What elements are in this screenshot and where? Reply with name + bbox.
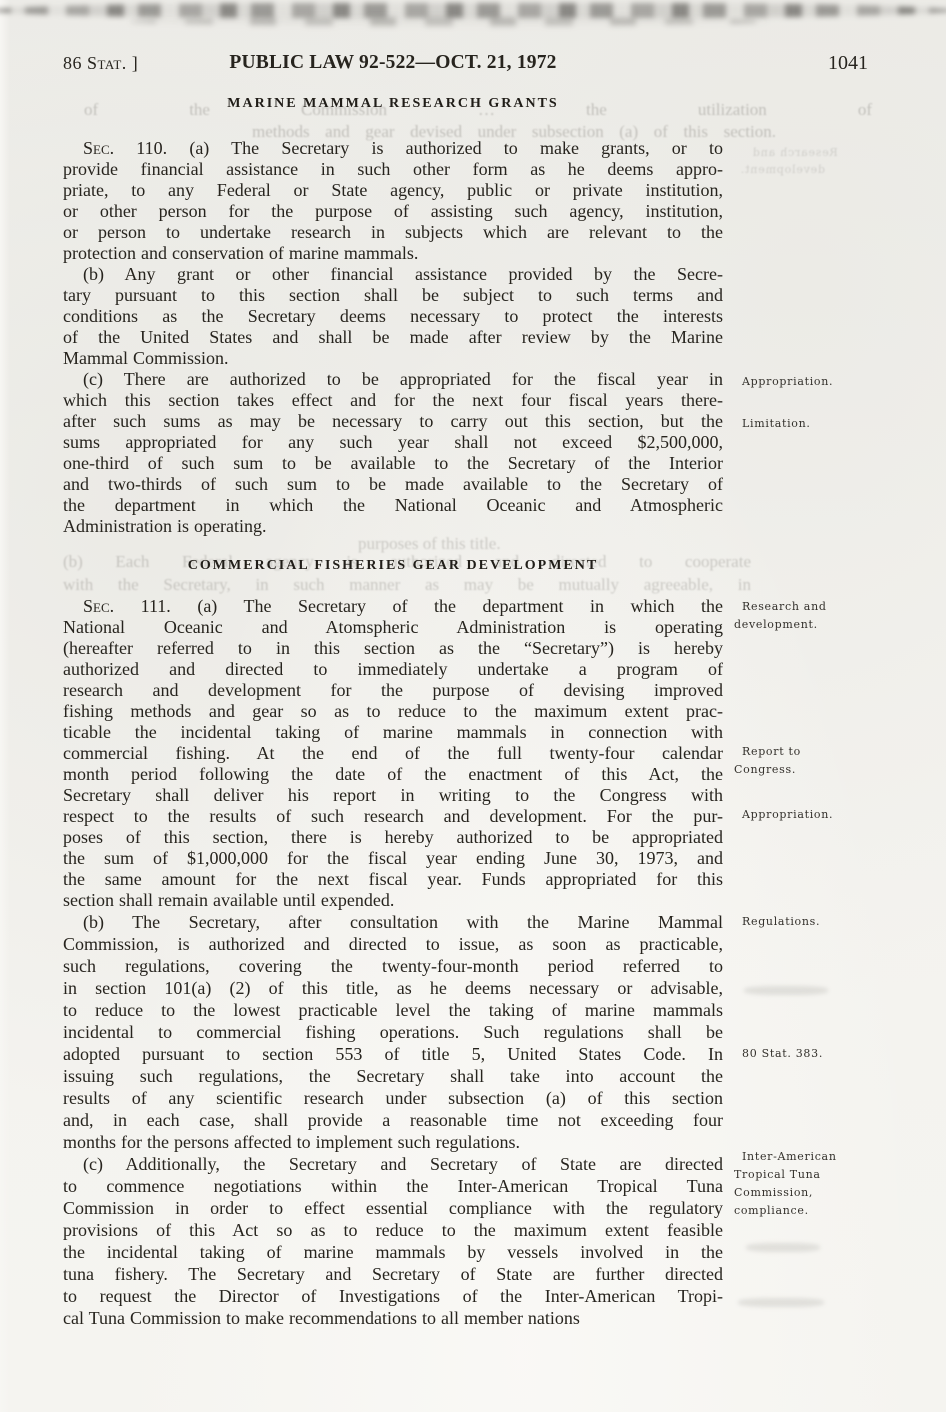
text-line: Mammal Commission. [63, 348, 723, 369]
margin-note: Regulations. [734, 913, 939, 931]
text-line: incidental to commercial fishing operati… [63, 1021, 723, 1043]
scan-artifact-top-edge2 [130, 17, 770, 26]
text-line: and, in each case, shall provide a reaso… [63, 1109, 723, 1131]
scan-artifact-smudge [738, 1298, 824, 1307]
statute-section: COMMERCIAL FISHERIES GEAR DEVELOPMENTSec… [63, 558, 723, 1329]
scan-artifact-smudge [744, 986, 828, 995]
margin-note: Inter-AmericanTropical TunaCommission,co… [734, 1148, 939, 1220]
text-line: provisions of this Act so as to reduce t… [63, 1219, 723, 1241]
text-line: one-third of such sum to be available to… [63, 453, 723, 474]
text-line: in section 101(a) (2) of this title, as … [63, 977, 723, 999]
text-line: to commence negotiations within the Inte… [63, 1175, 723, 1197]
section-heading: COMMERCIAL FISHERIES GEAR DEVELOPMENT [63, 558, 723, 574]
text-line: ticable the incidental taking of marine … [63, 722, 723, 743]
text-line: to request the Director of Investigation… [63, 1285, 723, 1307]
text-line: (b) Any grant or other financial assista… [63, 264, 723, 285]
text-line: fishing methods and gear so as to reduce… [63, 701, 723, 722]
text-line: the same amount for the next fiscal year… [63, 869, 723, 890]
statute-section: MARINE MAMMAL RESEARCH GRANTSSec. 110. (… [63, 96, 723, 537]
text-line: poses of this section, there is hereby a… [63, 827, 723, 848]
margin-note-line: development. [734, 616, 939, 634]
text-line: tuna fishery. The Secretary and Secretar… [63, 1263, 723, 1285]
text-line: Commission, is authorized and directed t… [63, 933, 723, 955]
text-line: provide financial assistance in such oth… [63, 159, 723, 180]
margin-note: Appropriation. [734, 806, 939, 824]
text-line: or person to undertake research in subje… [63, 222, 723, 243]
text-line: section shall remain available until exp… [63, 890, 723, 911]
text-line: tary pursuant to this section shall be s… [63, 285, 723, 306]
margin-note-line: Regulations. [734, 913, 939, 931]
margin-note-line: Congress. [734, 761, 939, 779]
law-title: PUBLIC LAW 92-522—OCT. 21, 1972 [63, 52, 723, 74]
text-line: results of any scientific research under… [63, 1087, 723, 1109]
text-line: respect to the results of such research … [63, 806, 723, 827]
margin-note: Appropriation. [734, 373, 939, 391]
text-line: such regulations, covering the twenty-fo… [63, 955, 723, 977]
page-number: 1041 [828, 52, 868, 75]
margin-note: 80 Stat. 383. [734, 1045, 939, 1063]
statute-paragraph: (c) There are authorized to be appropria… [63, 369, 723, 537]
margin-note-line: Commission, [734, 1184, 939, 1202]
text-line: authorized and directed to immediately u… [63, 659, 723, 680]
margin-note-line: 80 Stat. 383. [734, 1045, 939, 1063]
margin-note: Report toCongress. [734, 743, 939, 779]
text-line: Sec. 110. (a) The Secretary is authorize… [63, 138, 723, 159]
text-line: commercial fishing. At the end of the fu… [63, 743, 723, 764]
text-line: Secretary shall deliver his report in wr… [63, 785, 723, 806]
text-line: or other person for the purpose of assis… [63, 201, 723, 222]
text-line: Administration is operating. [63, 516, 723, 537]
text-line: research and development for the purpose… [63, 680, 723, 701]
margin-note-line: Appropriation. [734, 373, 939, 391]
margin-note-line: Research and [734, 598, 939, 616]
margin-note-line: Inter-American [734, 1148, 939, 1166]
margin-note-line: compliance. [734, 1202, 939, 1220]
scan-artifact-top-edge [0, 3, 946, 18]
running-header: 86 Stat. ] PUBLIC LAW 92-522—OCT. 21, 19… [63, 52, 723, 76]
text-line: sums appropriated for any such year shal… [63, 432, 723, 453]
margin-note-line: Limitation. [734, 415, 939, 433]
text-line: Commission in order to effect essential … [63, 1197, 723, 1219]
text-line: priate, to any Federal or State agency, … [63, 180, 723, 201]
text-line: after such sums as may be necessary to c… [63, 411, 723, 432]
section-number: Sec. [83, 138, 114, 158]
text-line: the department in which the National Oce… [63, 495, 723, 516]
margin-note: Research anddevelopment. [734, 598, 939, 634]
text-line: month period following the date of the e… [63, 764, 723, 785]
scan-artifact-smudge [746, 1243, 820, 1252]
text-line: cal Tuna Commission to make recommendati… [63, 1307, 723, 1329]
bleed-through-text: development. [740, 163, 825, 176]
statute-paragraph: (b) The Secretary, after consultation wi… [63, 911, 723, 1153]
statute-page: of the Commission … the utilization of m… [0, 0, 946, 1412]
text-line: (hereafter referred to in this section a… [63, 638, 723, 659]
text-line: National Oceanic and Atomspheric Adminis… [63, 617, 723, 638]
statute-paragraph: (c) Additionally, the Secretary and Secr… [63, 1153, 723, 1329]
bleed-through-text: Research and [752, 146, 838, 159]
text-line: and two-thirds of such sum to be made av… [63, 474, 723, 495]
margin-note-line: Tropical Tuna [734, 1166, 939, 1184]
text-line: which this section takes effect and for … [63, 390, 723, 411]
text-line: conditions as the Secretary deems necess… [63, 306, 723, 327]
statute-paragraph: (b) Any grant or other financial assista… [63, 264, 723, 369]
text-line: issuing such regulations, the Secretary … [63, 1065, 723, 1087]
text-line: protection and conservation of marine ma… [63, 243, 723, 264]
margin-note-line: Report to [734, 743, 939, 761]
text-line: to reduce to the lowest practicable leve… [63, 999, 723, 1021]
text-line: Sec. 111. (a) The Secretary of the depar… [63, 596, 723, 617]
text-line: adopted pursuant to section 553 of title… [63, 1043, 723, 1065]
text-line: the sum of $1,000,000 for the fiscal yea… [63, 848, 723, 869]
margin-note: Limitation. [734, 415, 939, 433]
section-heading: MARINE MAMMAL RESEARCH GRANTS [63, 96, 723, 112]
text-line: (c) There are authorized to be appropria… [63, 369, 723, 390]
text-line: months for the persons affected to imple… [63, 1131, 723, 1153]
statute-body: MARINE MAMMAL RESEARCH GRANTSSec. 110. (… [63, 96, 723, 1329]
text-line: of the United States and shall be made a… [63, 327, 723, 348]
statute-paragraph: Sec. 110. (a) The Secretary is authorize… [63, 138, 723, 264]
text-line: (c) Additionally, the Secretary and Secr… [63, 1153, 723, 1175]
statute-paragraph: Sec. 111. (a) The Secretary of the depar… [63, 596, 723, 911]
margin-note-line: Appropriation. [734, 806, 939, 824]
text-line: (b) The Secretary, after consultation wi… [63, 911, 723, 933]
section-number: Sec. [83, 596, 114, 616]
text-line: the incidental taking of marine mammals … [63, 1241, 723, 1263]
